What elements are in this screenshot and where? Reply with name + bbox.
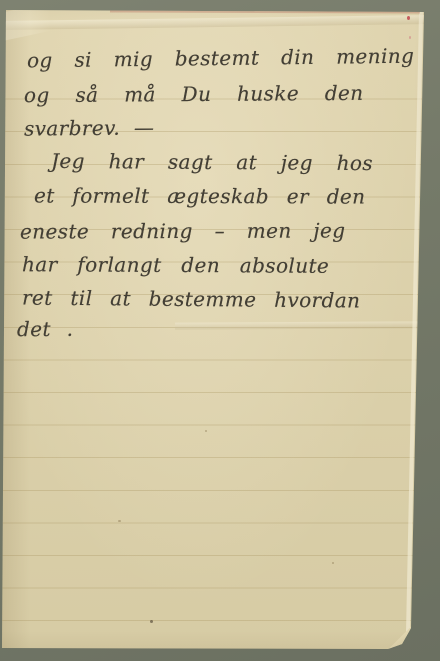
handwriting-line-3: svarbrev. — bbox=[24, 115, 155, 140]
handwriting-line-1: og si mig bestemt din mening bbox=[27, 44, 415, 73]
handwriting-line-4: Jeg har sagt at jeg hos bbox=[51, 149, 373, 175]
handwriting-line-8: ret til at bestemme hvordan bbox=[22, 286, 361, 313]
red-ink-mark bbox=[407, 16, 410, 20]
red-ink-mark-faint bbox=[409, 36, 411, 39]
handwriting-line-6: eneste redning – men jeg bbox=[20, 218, 345, 243]
handwriting-line-9: det . bbox=[17, 317, 74, 341]
handwriting-line-2: og så må Du huske den bbox=[24, 81, 364, 107]
paper-speck bbox=[332, 562, 334, 564]
paper-fold-crease-middle bbox=[175, 321, 418, 329]
scanned-letter-page: og si mig bestemt din mening og så må Du… bbox=[0, 0, 440, 661]
handwriting-line-7: har forlangt den absolute bbox=[22, 252, 329, 278]
paper-speck bbox=[150, 620, 153, 623]
paper-speck bbox=[118, 520, 121, 522]
paper-speck bbox=[205, 430, 207, 432]
handwriting-line-5: et formelt ægteskab er den bbox=[34, 183, 366, 208]
letter-sheet: og si mig bestemt din mening og så må Du… bbox=[0, 0, 440, 661]
